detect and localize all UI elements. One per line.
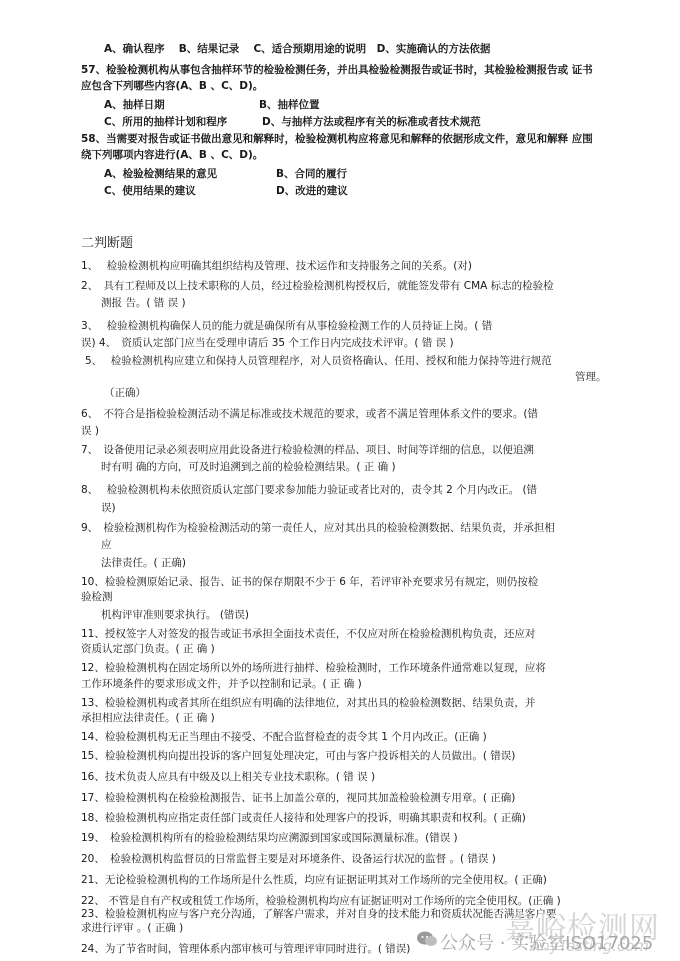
tf-q14: 14、检验检测机构无正当理由不接受、不配合监督检查的责令其 1 个月内改正。(正… [81,731,487,744]
q57-option-a: A、抽样日期 [104,99,165,112]
wechat-icon [416,930,438,948]
tf-q23-line2: 求进行评审 。( 正确 ) [81,922,183,935]
tf-q8-line2: 误) [101,502,116,515]
tf-q11-line1: 11、授权签字人对签发的报告或证书承担全面技术责任，不仅应对所在检验检测机构负责… [81,628,535,641]
tf-q3-line1: 3、 检验检测机构确保人员的能力就是确保所有从事检验检测工作的人员持证上岗。( … [81,320,492,333]
tf-q13-line1: 13、检验检测机构或者其所在组织应有明确的法律地位，对其出具的检验检测数据、结果… [81,697,535,710]
tf-q6-line1: 6、 不符合是指检验检测活动不满足标准或技术规范的要求，或者不满足管理体系文件的… [81,408,538,421]
tf-q9-line1: 9、 检验检测机构作为检验检测活动的第一责任人，应对其出具的检验检测数据、结果负… [81,522,555,535]
q58-option-a: A、检验检测结果的意见 [104,168,217,181]
section-title: 二判断题 [81,237,133,250]
tf-q10-line1: 10、检验检测原始记录、报告、证书的保存期限不少于 6 年，若评审补充要求另有规… [81,576,538,589]
q57-option-b: B、抽样位置 [259,99,320,112]
tf-q7-line2: 时有明 确的方向，可及时追溯到之前的检验检测结果。( 正 确 ) [101,461,396,474]
tf-q2-line1: 2、 具有工程师及以上技术职称的人员，经过检验检测机构授权后，就能签发带有 CM… [81,280,554,293]
tf-q8-line1: 8、 检验检测机构未依照资质认定部门要求参加能力验证或者比对的，责令其 2 个月… [81,484,537,497]
tf-q24: 24、为了节省时间，管理体系内部审核可与管理评审同时进行。( 错误) [81,943,410,956]
watermark-wechat-label: 公众号 · 实验室ISO17025 [440,929,653,955]
q58-text-line1: 58、当需要对报告或证书做出意见和解释时，检验检测机构应将意见和解释的依据形成文… [81,133,593,146]
tf-q11-line2: 资质认定部门负责。( 正 确 ) [81,643,215,656]
tf-q10-line2: 验检测 [81,591,113,604]
tf-q22: 22、 不管是自有产权或租赁工作场所，检验检测机构均应有证据证明对工作场所的完全… [81,895,561,908]
tf-q10-line3: 机构评审准则要求执行。 (错误) [101,609,249,622]
q57-option-d: D、与抽样方法或程序有关的标准或者技术规范 [262,116,481,129]
tf-q1: 1、 检验检测机构应明确其组织结构及管理、技术运作和支持服务之间的关系。(对) [81,260,472,273]
tf-q23-line1: 23、检验检测机构应与客户充分沟通，了解客户需求，并对自身的技术能力和资质状况能… [81,908,556,921]
q57-text-line2: 应包含下列哪些内容(A、B 、C、D)。 [81,80,263,93]
tf-q5-line2: 管理。 [575,371,607,384]
tf-q17: 17、检验检测机构在检验检测报告、证书上加盖公章的，视同其加盖检验检测专用章。(… [81,792,515,805]
tf-q6-line2: 误 ) [81,425,99,438]
tf-q18: 18、检验检测机构应指定责任部门或责任人接待和处理客户的投诉，明确其职责和权利。… [81,812,526,825]
tf-q5-answer: （正确） [104,387,146,400]
tf-q16: 16、技术负责人应具有中级及以上相关专业技术职称。( 错 误 ) [81,771,375,784]
tf-q9-line3: 法律责任。( 正确) [101,557,186,570]
tf-q15: 15、检验检测机构向提出投诉的客户回复处理决定，可由与客户投诉相关的人员做出。(… [81,750,515,763]
q57-option-c: C、所用的抽样计划和程序 [104,116,227,129]
tf-q3-q4-line: 误) 4、 资质认定部门应当在受理申请后 35 个工作日内完成技术评审。( 错 … [81,337,454,350]
q58-option-b: B、合同的履行 [276,168,347,181]
q56-options: A、确认程序 B、结果记录 C、适合预期用途的说明 D、实施确认的方法依据 [104,43,490,56]
tf-q21: 21、无论检验检测机构的工作场所是什么性质，均应有证据证明其对工作场所的完全使用… [81,874,547,887]
tf-q5-line1: 5、 检验检测机构应建立和保持人员管理程序，对人员资格确认、任用、授权和能力保持… [85,355,552,368]
tf-q12-line2: 工作环境条件的要求形成文件，并予以控制和记录。( 正 确 ) [81,678,362,691]
tf-q7-line1: 7、 设备使用记录必须表明应用此设备进行检验检测的样品、项目、时间等详细的信息，… [81,444,534,457]
tf-q20: 20、 检验检测机构监督员的日常监督主要是对环境条件、设备运行状况的监督 。( … [81,853,496,866]
tf-q13-line2: 承担相应法律责任。( 正 确 ) [81,712,215,725]
tf-q19: 19、 检验检测机构所有的检验检测结果均应溯源到国家或国际测量标准。(错误 ) [81,832,458,845]
q58-option-c: C、使用结果的建议 [104,185,196,198]
tf-q9-line2: 应 [101,539,112,552]
q58-option-d: D、改进的建议 [276,185,348,198]
tf-q12-line1: 12、检验检测机构在固定场所以外的场所进行抽样、检验检测时，工作环境条件通常难以… [81,662,546,675]
q58-text-line2: 绕下列哪项内容进行(A、B 、C、D)。 [81,149,263,162]
tf-q2-line2: 测报 告。( 错 误 ) [101,297,186,310]
q57-text-line1: 57、检验检测机构从事包含抽样环节的检验检测任务，并出具检验检测报告或证书时，其… [81,64,593,77]
